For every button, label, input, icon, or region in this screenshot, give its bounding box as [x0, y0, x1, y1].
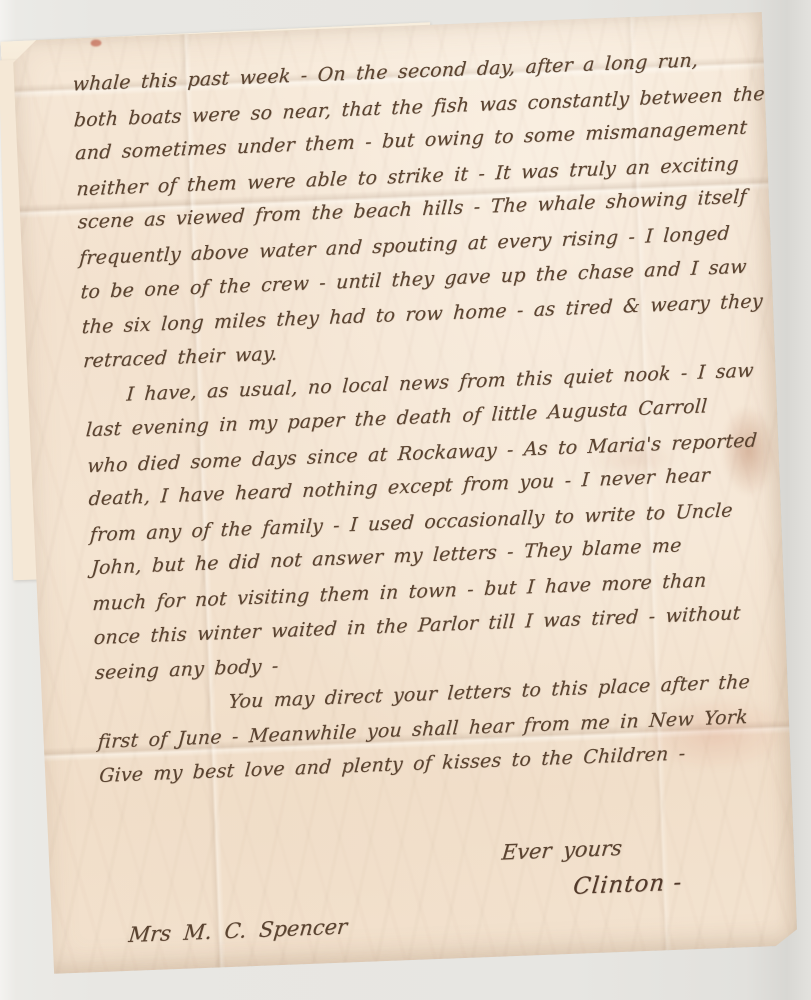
valediction: Ever yours — [501, 836, 624, 865]
letter-paper-sheet: whale this past week - On the second day… — [12, 12, 797, 974]
signature: Clinton - — [572, 870, 684, 900]
scanner-background: whale this past week - On the second day… — [0, 0, 811, 1000]
letter-body-text: whale this past week - On the second day… — [70, 49, 775, 801]
